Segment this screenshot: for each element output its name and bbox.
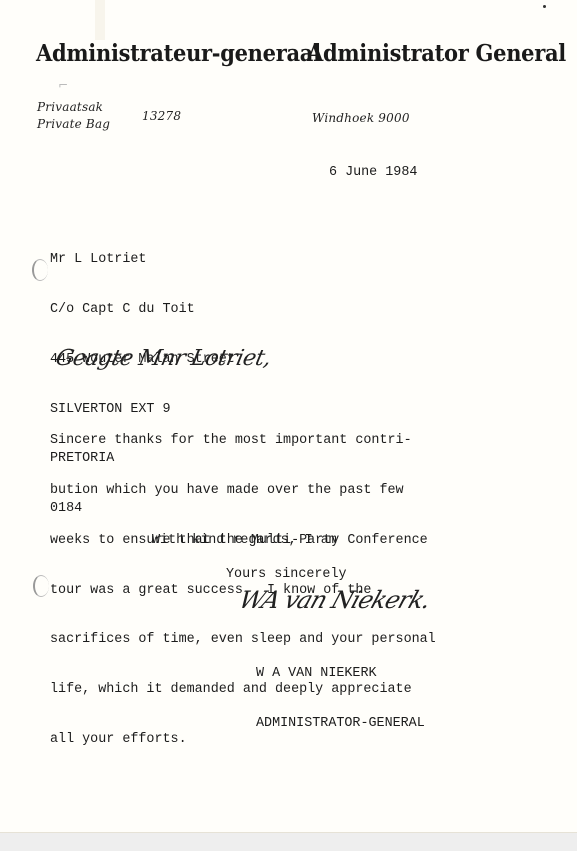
letter-page: Administrateur-generaal Administrator Ge… <box>0 0 577 833</box>
closing-line: With kind regards, I am <box>152 533 337 550</box>
letter-date: 6 June 1984 <box>329 165 417 182</box>
signatory-block: W A VAN NIEKERK ADMINISTRATOR-GENERAL <box>256 633 425 766</box>
handwritten-salutation: Geagte Mnr Lotriet, <box>53 346 273 371</box>
body-line: bution which you have made over the past… <box>50 483 436 500</box>
letterhead-city: Windhoek 9000 <box>312 111 410 125</box>
punch-hole <box>32 259 48 281</box>
valediction: Yours sincerely <box>226 567 347 584</box>
letterhead-title-english: Administrator General <box>307 39 566 67</box>
address-line: C/o Capt C du Toit <box>50 302 235 319</box>
letterhead-title-afrikaans: Administrateur-generaal <box>36 39 321 67</box>
address-line: Mr L Lotriet <box>50 252 235 269</box>
private-bag-number: 13278 <box>142 109 181 123</box>
paper-speck <box>543 5 546 8</box>
signatory-title: ADMINISTRATOR-GENERAL <box>256 716 425 733</box>
paper-crease <box>95 0 105 40</box>
address-label-afrikaans: Privaatsak <box>37 100 103 114</box>
punch-hole <box>33 575 49 597</box>
paper-stain: ⌐ <box>58 78 70 92</box>
handwritten-signature: WA van Niekerk. <box>235 586 434 614</box>
signatory-name: W A VAN NIEKERK <box>256 666 425 683</box>
address-label-english: Private Bag <box>37 117 110 131</box>
body-line: Sincere thanks for the most important co… <box>50 433 436 450</box>
